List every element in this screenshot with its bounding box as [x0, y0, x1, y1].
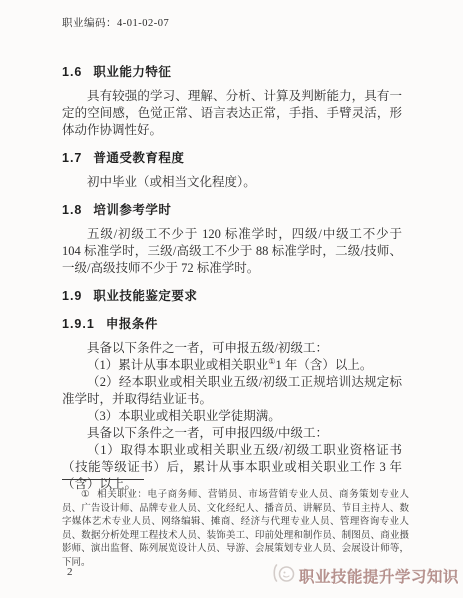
section-title: 职业能力特征	[93, 65, 171, 79]
footnote-separator-rule	[62, 479, 144, 480]
condition-text: 1 年（含）以上。	[275, 358, 372, 372]
paragraph-level5-condition-1: （1）累计从事本职业或相关职业①1 年（含）以上。	[62, 357, 402, 374]
paragraph-education-level: 初中毕业（或相当文化程度）。	[62, 174, 402, 191]
section-number: 1.9.1	[62, 317, 95, 331]
section-heading-1-6: 1.6职业能力特征	[62, 64, 402, 81]
footnote-marker: ①	[81, 490, 90, 500]
section-title: 申报条件	[106, 317, 158, 331]
section-number: 1.9	[62, 289, 82, 303]
document-page: 职业编码：4-01-02-07 1.6职业能力特征 具有较强的学习、理解、分析、…	[0, 0, 463, 598]
page-number: 2	[67, 566, 73, 578]
occupation-code: 职业编码：4-01-02-07	[62, 15, 169, 30]
paragraph-level5-intro: 具备以下条件之一者，可申报五级/初级工：	[62, 340, 402, 357]
section-title: 普通受教育程度	[93, 151, 184, 165]
paragraph-ability-traits: 具有较强的学习、理解、分析、计算及判断能力，具有一定的空间感，色觉正常、语言表达…	[62, 88, 402, 139]
section-heading-1-8: 1.8培训参考学时	[62, 202, 402, 219]
paragraph-level4-intro: 具备以下条件之一者，可申报四级/中级工：	[62, 425, 402, 442]
paragraph-training-hours: 五级/初级工不少于 120 标准学时，四级/中级工不少于 104 标准学时，三级…	[62, 226, 402, 277]
section-number: 1.8	[62, 203, 82, 217]
section-heading-1-7: 1.7普通受教育程度	[62, 150, 402, 167]
paragraph-level5-condition-2: （2）经本职业或相关职业五级/初级工正规培训达规定标准学时，并取得结业证书。	[62, 374, 402, 408]
section-number: 1.7	[62, 151, 82, 165]
section-title: 职业技能鉴定要求	[93, 289, 197, 303]
footnote-block: ①相关职业：电子商务师、营销员、市场营销专业人员、商务策划专业人员、广告设计师、…	[62, 479, 409, 571]
section-heading-1-9-1: 1.9.1申报条件	[62, 316, 402, 333]
section-number: 1.6	[62, 65, 82, 79]
document-body: 1.6职业能力特征 具有较强的学习、理解、分析、计算及判断能力，具有一定的空间感…	[62, 64, 402, 493]
section-heading-1-9: 1.9职业技能鉴定要求	[62, 288, 402, 305]
footnote-body: 相关职业：电子商务师、营销员、市场营销专业人员、商务策划专业人员、广告设计师、品…	[62, 490, 409, 568]
footnote-text: ①相关职业：电子商务师、营销员、市场营销专业人员、商务策划专业人员、广告设计师、…	[62, 489, 409, 571]
paragraph-level5-condition-3: （3）本职业或相关职业学徒期满。	[62, 408, 402, 425]
condition-text: （1）累计从事本职业或相关职业	[87, 358, 268, 372]
section-title: 培训参考学时	[93, 203, 171, 217]
